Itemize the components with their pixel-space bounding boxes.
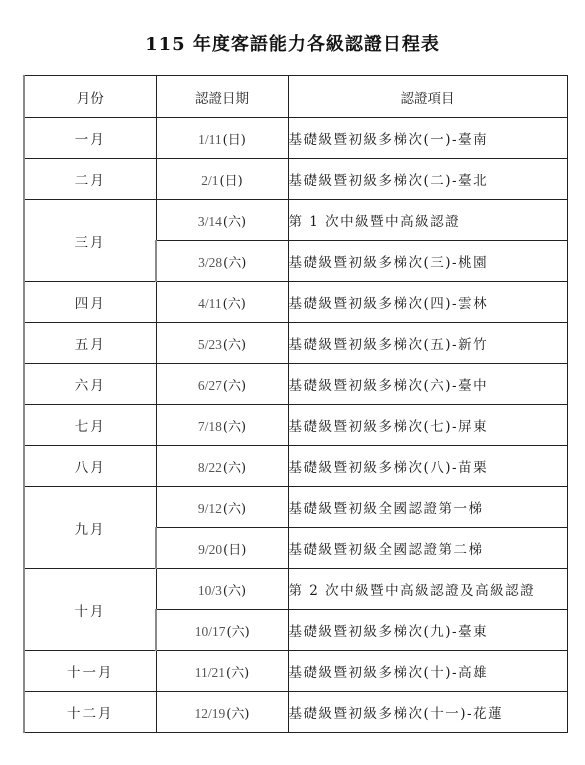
table-row: 六月 6/27(六) 基礎級暨初級多梯次(六)-臺中 — [24, 364, 567, 405]
table-row: 一月 1/11(日) 基礎級暨初級多梯次(一)-臺南 — [24, 118, 567, 159]
column-header-item: 認證項目 — [288, 76, 567, 118]
month-cell: 九月 — [24, 487, 156, 569]
date-cell: 8/22(六) — [156, 446, 288, 487]
month-cell: 五月 — [24, 323, 156, 364]
table-row: 四月 4/11(六) 基礎級暨初級多梯次(四)-雲林 — [24, 282, 567, 323]
weekday: (六) — [223, 584, 246, 599]
month-cell: 十一月 — [24, 651, 156, 692]
item-cell: 基礎級暨初級多梯次(九)-臺東 — [288, 610, 567, 651]
month-cell: 十二月 — [24, 692, 156, 733]
weekday: (六) — [223, 379, 246, 394]
date-value: 4/11 — [198, 296, 222, 311]
date-cell: 12/19(六) — [156, 692, 288, 733]
weekday: (六) — [223, 502, 246, 517]
month-cell: 十月 — [24, 569, 156, 651]
item-cell: 基礎級暨初級多梯次(四)-雲林 — [288, 282, 567, 323]
date-cell: 6/27(六) — [156, 364, 288, 405]
column-header-date: 認證日期 — [156, 76, 288, 118]
date-value: 10/3 — [198, 583, 222, 598]
table-row: 十一月 11/21(六) 基礎級暨初級多梯次(十)-高雄 — [24, 651, 567, 692]
item-cell: 第 2 次中級暨中高級認證及高級認證 — [288, 569, 567, 610]
date-value: 2/1 — [201, 173, 218, 188]
date-cell: 1/11(日) — [156, 118, 288, 159]
item-cell: 基礎級暨初級多梯次(二)-臺北 — [288, 159, 567, 200]
date-cell: 9/12(六) — [156, 487, 288, 528]
item-cell: 第 1 次中級暨中高級認證 — [288, 200, 567, 241]
weekday: (六) — [223, 256, 246, 271]
table-row: 八月 8/22(六) 基礎級暨初級多梯次(八)-苗栗 — [24, 446, 567, 487]
weekday: (日) — [223, 133, 246, 148]
month-cell: 二月 — [24, 159, 156, 200]
date-cell: 9/20(日) — [156, 528, 288, 569]
date-cell: 5/23(六) — [156, 323, 288, 364]
date-cell: 10/17(六) — [156, 610, 288, 651]
table-row: 十月 10/3(六) 第 2 次中級暨中高級認證及高級認證 — [24, 569, 567, 610]
item-cell: 基礎級暨初級多梯次(五)-新竹 — [288, 323, 567, 364]
month-cell: 一月 — [24, 118, 156, 159]
table-row: 十二月 12/19(六) 基礎級暨初級多梯次(十一)-花蓮 — [24, 692, 567, 733]
weekday: (六) — [223, 338, 246, 353]
date-value: 12/19 — [195, 706, 226, 721]
schedule-table: 月份 認證日期 認證項目 一月 1/11(日) 基礎級暨初級多梯次(一)-臺南 … — [23, 75, 568, 733]
table-row: 七月 7/18(六) 基礎級暨初級多梯次(七)-屏東 — [24, 405, 567, 446]
month-cell: 三月 — [24, 200, 156, 282]
item-cell: 基礎級暨初級多梯次(六)-臺中 — [288, 364, 567, 405]
date-cell: 10/3(六) — [156, 569, 288, 610]
date-cell: 11/21(六) — [156, 651, 288, 692]
month-cell: 六月 — [24, 364, 156, 405]
item-cell: 基礎級暨初級多梯次(十一)-花蓮 — [288, 692, 567, 733]
date-value: 3/14 — [198, 214, 222, 229]
item-cell: 基礎級暨初級多梯次(七)-屏東 — [288, 405, 567, 446]
item-cell: 基礎級暨初級多梯次(八)-苗栗 — [288, 446, 567, 487]
weekday: (六) — [227, 625, 250, 640]
table-row: 三月 3/14(六) 第 1 次中級暨中高級認證 — [24, 200, 567, 241]
weekday: (日) — [223, 543, 246, 558]
weekday: (六) — [226, 707, 249, 722]
month-cell: 七月 — [24, 405, 156, 446]
date-cell: 2/1(日) — [156, 159, 288, 200]
item-cell: 基礎級暨初級全國認證第二梯 — [288, 528, 567, 569]
weekday: (六) — [223, 461, 246, 476]
column-header-month: 月份 — [24, 76, 156, 118]
weekday: (六) — [223, 297, 246, 312]
item-cell: 基礎級暨初級多梯次(一)-臺南 — [288, 118, 567, 159]
table-row: 五月 5/23(六) 基礎級暨初級多梯次(五)-新竹 — [24, 323, 567, 364]
date-value: 9/20 — [198, 542, 222, 557]
table-row: 九月 9/12(六) 基礎級暨初級全國認證第一梯 — [24, 487, 567, 528]
date-cell: 3/28(六) — [156, 241, 288, 282]
item-cell: 基礎級暨初級全國認證第一梯 — [288, 487, 567, 528]
date-value: 9/12 — [198, 501, 222, 516]
month-cell: 四月 — [24, 282, 156, 323]
date-value: 11/21 — [195, 665, 225, 680]
item-cell: 基礎級暨初級多梯次(十)-高雄 — [288, 651, 567, 692]
month-cell: 八月 — [24, 446, 156, 487]
date-cell: 7/18(六) — [156, 405, 288, 446]
table-row: 二月 2/1(日) 基礎級暨初級多梯次(二)-臺北 — [24, 159, 567, 200]
date-value: 3/28 — [198, 255, 222, 270]
date-value: 6/27 — [198, 378, 222, 393]
date-value: 7/18 — [198, 419, 222, 434]
date-value: 8/22 — [198, 460, 222, 475]
item-cell: 基礎級暨初級多梯次(三)-桃園 — [288, 241, 567, 282]
weekday: (日) — [220, 174, 243, 189]
weekday: (六) — [226, 666, 249, 681]
date-value: 10/17 — [195, 624, 226, 639]
date-cell: 3/14(六) — [156, 200, 288, 241]
weekday: (六) — [223, 215, 246, 230]
weekday: (六) — [223, 420, 246, 435]
date-cell: 4/11(六) — [156, 282, 288, 323]
date-value: 1/11 — [198, 132, 222, 147]
table-header-row: 月份 認證日期 認證項目 — [24, 76, 567, 118]
page-title: 115 年度客語能力各級認證日程表 — [0, 30, 585, 56]
date-value: 5/23 — [198, 337, 222, 352]
